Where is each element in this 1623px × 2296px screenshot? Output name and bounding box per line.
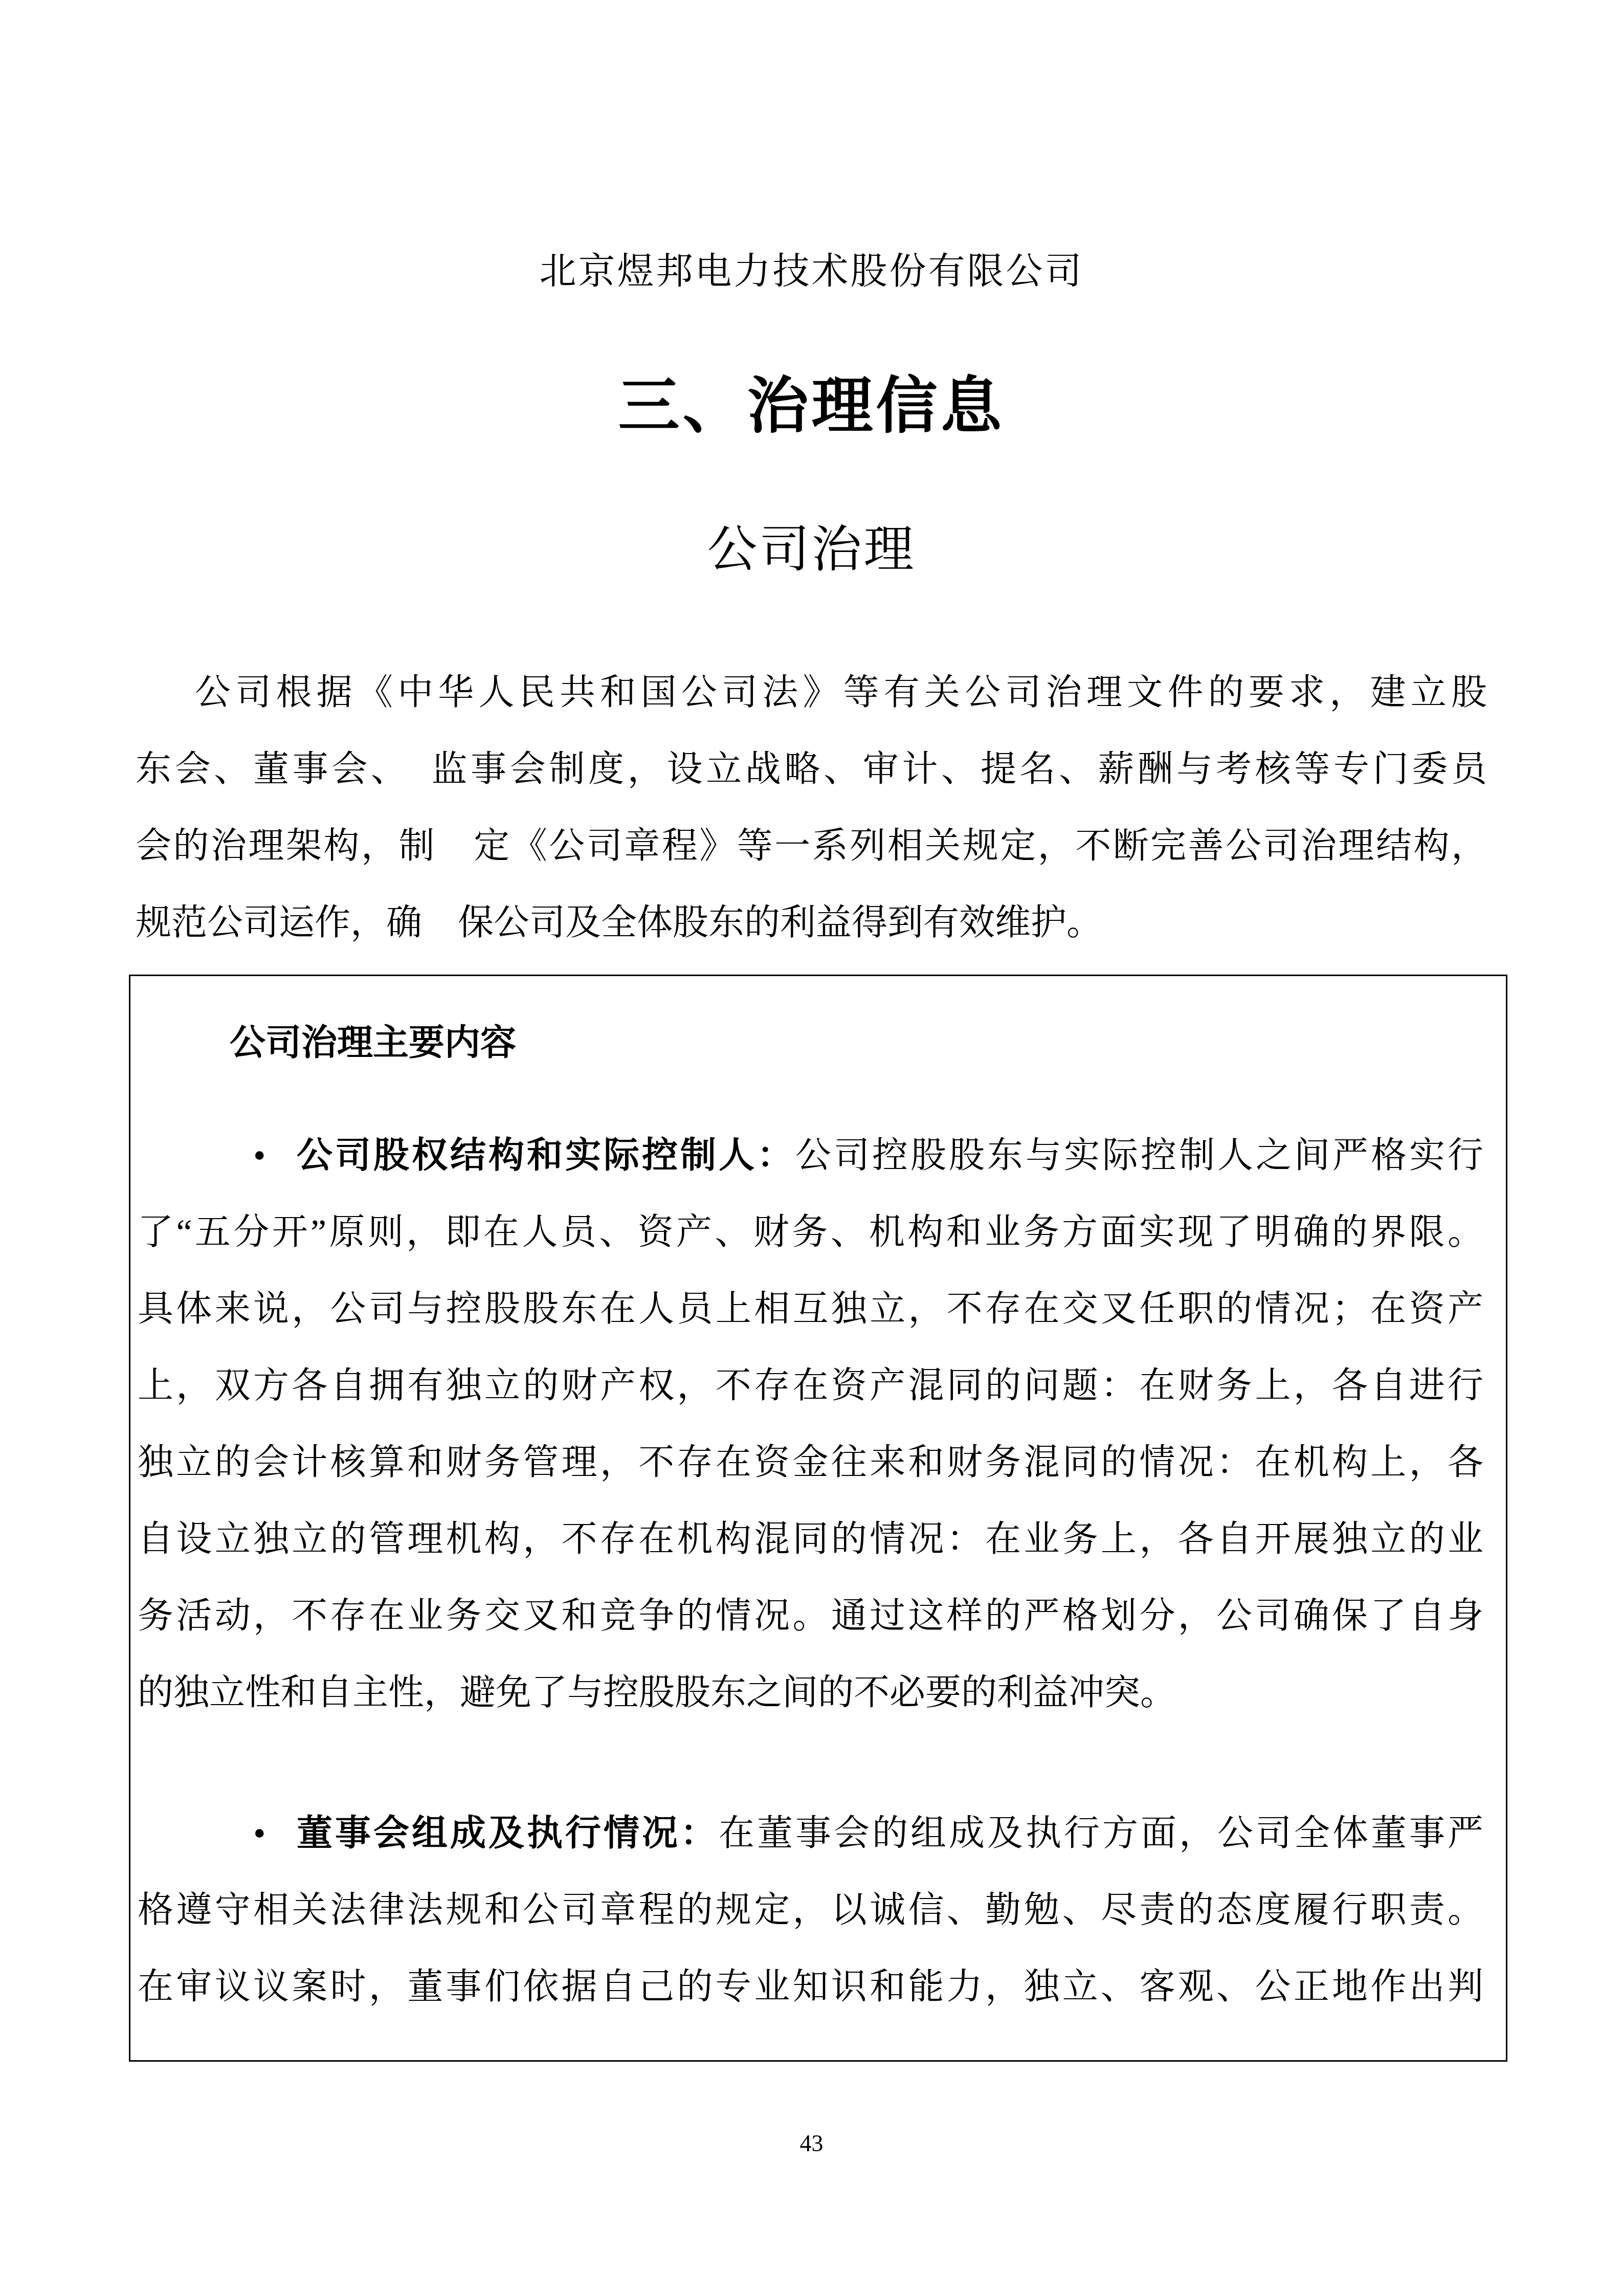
text-line: 独立的会计核算和财务管理，不存在资金往来和财务混同的情况：在机构上，各 — [138, 1425, 1483, 1502]
text-line: 务活动，不存在业务交叉和竞争的情况。通过这样的严格划分，公司确保了自身 — [138, 1578, 1483, 1655]
governance-box: 公司治理主要内容 •公司股权结构和实际控制人：公司控股股东与实际控制人之间严格实… — [129, 975, 1507, 2062]
company-name: 北京煜邦电力技术股份有限公司 — [0, 233, 1623, 310]
text-line: 在审议议案时，董事们依据自己的专业知识和能力，独立、客观、公正地作出判 — [138, 1949, 1483, 2026]
text-line: 自设立独立的管理机构，不存在机构混同的情况：在业务上，各自开展独立的业 — [138, 1502, 1483, 1578]
text-line: 的独立性和自主性，避免了与控股股东之间的不必要的利益冲突。 — [138, 1655, 1483, 1732]
text-line: 公司根据《中华人民共和国公司法》等有关公司治理文件的要求，建立股 — [136, 655, 1487, 732]
bullet-lead: 董事会组成及执行情况： — [294, 1814, 719, 1853]
text-line: •公司股权结构和实际控制人：公司控股股东与实际控制人之间严格实行 — [138, 1118, 1483, 1195]
text-line: •董事会组成及执行情况：在董事会的组成及执行方面，公司全体董事严 — [138, 1796, 1483, 1872]
bullet-icon: • — [253, 1118, 294, 1195]
bullet-text: 在董事会的组成及执行方面，公司全体董事严 — [719, 1814, 1483, 1853]
bullet-icon: • — [253, 1796, 294, 1872]
page-number: 43 — [0, 2128, 1623, 2159]
intro-paragraph: 公司根据《中华人民共和国公司法》等有关公司治理文件的要求，建立股 东会、董事会、… — [136, 655, 1487, 962]
text-line: 东会、董事会、 监事会制度，设立战略、审计、提名、薪酬与考核等专门委员 — [136, 732, 1487, 808]
page-subtitle: 公司治理 — [0, 512, 1623, 588]
document-page: 北京煜邦电力技术股份有限公司 三、治理信息 公司治理 公司根据《中华人民共和国公… — [0, 0, 1623, 2296]
text-line: 格遵守相关法律法规和公司章程的规定，以诚信、勤勉、尽责的态度履行职责。 — [138, 1872, 1483, 1949]
section-title: 三、治理信息 — [0, 363, 1623, 450]
box-heading: 公司治理主要内容 — [138, 1005, 1483, 1082]
text-line: 上，双方各自拥有独立的财产权，不存在资产混同的问题：在财务上，各自进行 — [138, 1348, 1483, 1425]
bullet-item-ownership: •公司股权结构和实际控制人：公司控股股东与实际控制人之间严格实行 了“五分开”原… — [138, 1118, 1483, 1732]
text-line: 具体来说，公司与控股股东在人员上相互独立，不存在交叉任职的情况；在资产 — [138, 1271, 1483, 1348]
text-line: 了“五分开”原则，即在人员、资产、财务、机构和业务方面实现了明确的界限。 — [138, 1195, 1483, 1271]
bullet-item-board: •董事会组成及执行情况：在董事会的组成及执行方面，公司全体董事严 格遵守相关法律… — [138, 1796, 1483, 2026]
text-line: 规范公司运作，确 保公司及全体股东的利益得到有效维护。 — [136, 885, 1487, 962]
text-line: 会的治理架构，制 定《公司章程》等一系列相关规定，不断完善公司治理结构， — [136, 808, 1487, 885]
bullet-text: 公司控股股东与实际控制人之间严格实行 — [795, 1136, 1483, 1176]
bullet-lead: 公司股权结构和实际控制人： — [294, 1136, 795, 1176]
